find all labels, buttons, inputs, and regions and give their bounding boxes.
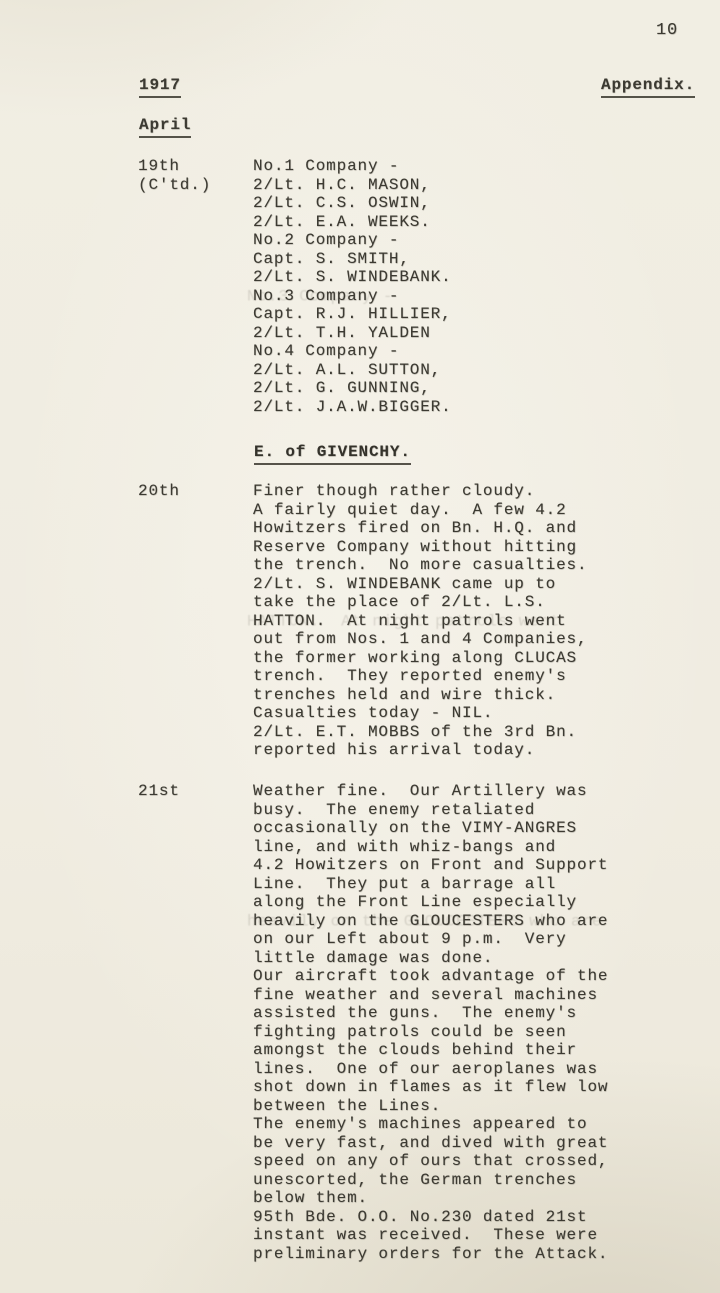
text-line: the former working along CLUCAS bbox=[253, 649, 693, 668]
text-line: trenches held and wire thick. bbox=[253, 686, 693, 705]
text-line: No.4 Company - bbox=[253, 342, 693, 361]
text-line: No.2 Company - bbox=[253, 231, 693, 250]
section-heading-givenchy: E. of GIVENCHY. bbox=[254, 443, 411, 465]
entry-body: No.1 Company -2/Lt. H.C. MASON,2/Lt. C.S… bbox=[253, 157, 693, 416]
text-line: amongst the clouds behind their bbox=[253, 1041, 693, 1060]
text-line: 2/Lt. J.A.W.BIGGER. bbox=[253, 398, 693, 417]
entry-date: 21st bbox=[138, 782, 238, 801]
text-line: 2/Lt. H.C. MASON, bbox=[253, 176, 693, 195]
entry-body: Weather fine. Our Artillery wasbusy. The… bbox=[253, 782, 693, 1263]
text-line: take the place of 2/Lt. L.S. bbox=[253, 593, 693, 612]
text-line: Weather fine. Our Artillery was bbox=[253, 782, 693, 801]
text-line: lines. One of our aeroplanes was bbox=[253, 1060, 693, 1079]
text-line: A fairly quiet day. A few 4.2 bbox=[253, 501, 693, 520]
text-line: 2/Lt. S. WINDEBANK. bbox=[253, 268, 693, 287]
text-line: Casualties today - NIL. bbox=[253, 704, 693, 723]
text-line: out from Nos. 1 and 4 Companies, bbox=[253, 630, 693, 649]
text-line: unescorted, the German trenches bbox=[253, 1171, 693, 1190]
text-line: 2/Lt. E.T. MOBBS of the 3rd Bn. bbox=[253, 723, 693, 742]
year-heading: 1917 bbox=[139, 76, 181, 98]
text-line: preliminary orders for the Attack. bbox=[253, 1245, 693, 1264]
page-number: 10 bbox=[656, 22, 678, 41]
text-line: 2/Lt. G. GUNNING, bbox=[253, 379, 693, 398]
text-line: trench. They reported enemy's bbox=[253, 667, 693, 686]
text-line: speed on any of ours that crossed, bbox=[253, 1152, 693, 1171]
text-line: The enemy's machines appeared to bbox=[253, 1115, 693, 1134]
text-line: along the Front Line especially bbox=[253, 893, 693, 912]
text-line: busy. The enemy retaliated bbox=[253, 801, 693, 820]
text-line: the trench. No more casualties. bbox=[253, 556, 693, 575]
text-line: reported his arrival today. bbox=[253, 741, 693, 760]
text-line: fighting patrols could be seen bbox=[253, 1023, 693, 1042]
text-line: occasionally on the VIMY-ANGRES bbox=[253, 819, 693, 838]
war-diary-page: 10 1917 Appendix. April 19th (C'td.) No.… bbox=[0, 0, 720, 1293]
text-line: below them. bbox=[253, 1189, 693, 1208]
text-line: Capt. R.J. HILLIER, bbox=[253, 305, 693, 324]
entry-date-column: 19th (C'td.) bbox=[138, 157, 238, 194]
text-line: heavily on the GLOUCESTERS who are bbox=[253, 912, 693, 931]
text-line: Our aircraft took advantage of the bbox=[253, 967, 693, 986]
entry-date-column: 21st bbox=[138, 782, 238, 801]
text-line: on our Left about 9 p.m. Very bbox=[253, 930, 693, 949]
text-line: No.1 Company - bbox=[253, 157, 693, 176]
text-line: Line. They put a barrage all bbox=[253, 875, 693, 894]
text-line: HATTON. At night patrols went bbox=[253, 612, 693, 631]
entry-date: 20th bbox=[138, 482, 238, 501]
text-line: Finer though rather cloudy. bbox=[253, 482, 693, 501]
entry-date-note: (C'td.) bbox=[138, 176, 238, 195]
text-line: be very fast, and dived with great bbox=[253, 1134, 693, 1153]
text-line: Howitzers fired on Bn. H.Q. and bbox=[253, 519, 693, 538]
text-line: No.3 Company - bbox=[253, 287, 693, 306]
text-line: between the Lines. bbox=[253, 1097, 693, 1116]
text-line: line, and with whiz-bangs and bbox=[253, 838, 693, 857]
text-line: 2/Lt. T.H. YALDEN bbox=[253, 324, 693, 343]
text-line: fine weather and several machines bbox=[253, 986, 693, 1005]
entry-body: Finer though rather cloudy.A fairly quie… bbox=[253, 482, 693, 760]
text-line: instant was received. These were bbox=[253, 1226, 693, 1245]
text-line: assisted the guns. The enemy's bbox=[253, 1004, 693, 1023]
entry-date-column: 20th bbox=[138, 482, 238, 501]
text-line: 2/Lt. C.S. OSWIN, bbox=[253, 194, 693, 213]
text-line: Reserve Company without hitting bbox=[253, 538, 693, 557]
text-line: 2/Lt. A.L. SUTTON, bbox=[253, 361, 693, 380]
text-line: Capt. S. SMITH, bbox=[253, 250, 693, 269]
text-line: shot down in flames as it flew low bbox=[253, 1078, 693, 1097]
month-heading: April bbox=[139, 116, 191, 138]
text-line: 2/Lt. E.A. WEEKS. bbox=[253, 213, 693, 232]
text-line: 4.2 Howitzers on Front and Support bbox=[253, 856, 693, 875]
text-line: 2/Lt. S. WINDEBANK came up to bbox=[253, 575, 693, 594]
appendix-label: Appendix. bbox=[601, 76, 695, 98]
text-line: little damage was done. bbox=[253, 949, 693, 968]
entry-date: 19th bbox=[138, 157, 238, 176]
text-line: 95th Bde. O.O. No.230 dated 21st bbox=[253, 1208, 693, 1227]
